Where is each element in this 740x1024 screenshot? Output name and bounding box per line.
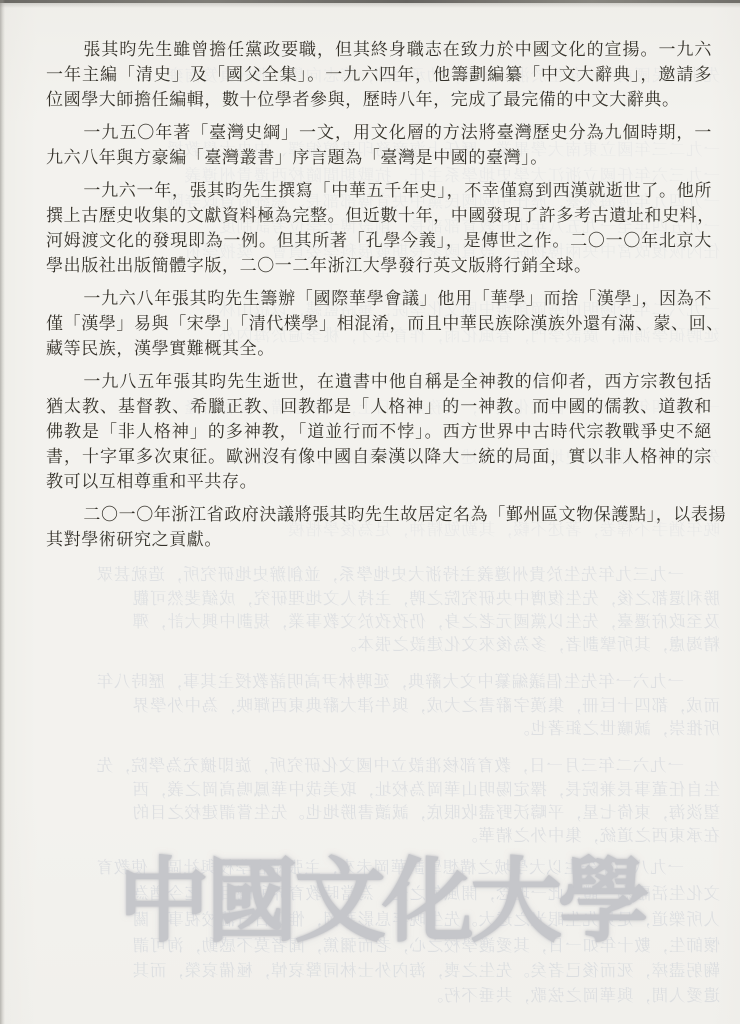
text-line: 其對學術研究之貢獻。 [46, 527, 712, 552]
document-body-text: 張其昀先生雖曾擔任黨政要職，但其終身職志在致力於中國文化的宣揚。一九六一年主編「… [46, 37, 712, 560]
text-line: 猶太教、基督教、希臘正教、回教都是「人格神」的一神教。而中國的儒教、道教和 [46, 394, 712, 419]
text-line: 教可以互相尊重和平共存。 [46, 469, 712, 494]
text-line: 九六八年與方豪編「臺灣叢書」序言題為「臺灣是中國的臺灣」。 [46, 145, 712, 170]
text-line: 僅「漢學」易與「宋學」「清代樸學」相混淆，而且中華民族除漢族外還有滿、蒙、回、 [46, 311, 712, 336]
scan-edge-left [0, 0, 5, 1024]
text-line: 撰上古歷史收集的文獻資料極為完整。但近數十年，中國發現了許多考古遺址和史料， [46, 203, 712, 228]
bleedthrough-line: 一九三九年先生於貴州遵義主持浙大史地學系，並創辦史地研究所，造就甚眾 [26, 565, 720, 585]
bleedthrough-line: 生自任董事長兼院長，擇定陽明山華岡為校址，取美哉中華鳳鳴高岡之義，西 [26, 780, 720, 800]
bleedthrough-line: 所推崇，誠曠世之鉅著也。 [26, 719, 720, 739]
paragraph-2: 一九五〇年著「臺灣史綱」一文，用文化層的方法將臺灣歷史分為九個時期，一九六八年與… [46, 120, 712, 170]
paragraph-1: 張其昀先生雖曾擔任黨政要職，但其終身職志在致力於中國文化的宣揚。一九六一年主編「… [46, 37, 712, 112]
university-watermark: 中國文化大學 [118, 852, 646, 952]
bleedthrough-line: 及至政府遷臺，先生以黨國元老之身，仍孜孜於文教事業，規劃中興大計，殫 [26, 612, 720, 632]
text-line: 書，十字軍多次東征。歐洲沒有像中國自秦漢以降大一統的局面，實以非人格神的宗 [46, 444, 712, 469]
bleedthrough-line: 鞠躬盡瘁，死而後已者矣。先生之喪，海內外士林同聲哀悼，極備哀榮，而其 [26, 961, 720, 981]
text-line: 一九六一年，張其昀先生撰寫「中華五千年史」，不幸僅寫到西漢就逝世了。他所 [46, 178, 712, 203]
text-line: 張其昀先生雖曾擔任黨政要職，但其終身職志在致力於中國文化的宣揚。一九六 [46, 37, 712, 62]
bleedthrough-line: 勝利還都之後，先生復膺中央研究院之聘，主持人文地理研究，成績斐然可觀 [26, 589, 720, 609]
paragraph-4: 一九六八年張其昀先生籌辦「國際華學會議」他用「華學」而捨「漢學」，因為不僅「漢學… [46, 286, 712, 361]
bleedthrough-line: 遺愛人間，與華岡之弦歌，共垂不朽。 [26, 986, 720, 1006]
text-line: 二〇一〇年浙江省政府決議將張其昀先生故居定名為「鄞州區文物保護點」，以表揚 [46, 502, 712, 527]
bleedthrough-line: 而成，都四十巨冊，集漢字辭書之大成，與牛津大辭典東西輝映，為中外學界 [26, 696, 720, 716]
text-line: 一九八五年張其昀先生逝世，在遺書中他自稱是全神教的信仰者，西方宗教包括 [46, 369, 712, 394]
paragraph-6: 二〇一〇年浙江省政府決議將張其昀先生故居定名為「鄞州區文物保護點」，以表揚其對學… [46, 502, 712, 552]
bleedthrough-line: 在承東西之道統，集中外之精華。 [26, 826, 720, 846]
text-line: 一九六八年張其昀先生籌辦「國際華學會議」他用「華學」而捨「漢學」，因為不 [46, 286, 712, 311]
bleedthrough-line: 望淡海，東倚七星，平疇沃野盡收眼底，誠讀書勝地也。先生嘗謂建校之目的 [26, 803, 720, 823]
text-line: 河姆渡文化的發現即為一例。但其所著「孔學今義」，是傳世之作。二〇一〇年北京大 [46, 228, 712, 253]
bleedthrough-line: 一九六二年三月一日，教育部核准設立中國文化研究所，旋即擴充為學院，先 [26, 756, 720, 776]
paragraph-5: 一九八五年張其昀先生逝世，在遺書中他自稱是全神教的信仰者，西方宗教包括猶太教、基… [46, 369, 712, 494]
text-line: 一年主編「清史」及「國父全集」。一九六四年，他籌劃編纂「中文大辭典」，邀請多 [46, 62, 712, 87]
text-line: 佛教是「非人格神」的多神教，「道並行而不悖」。西方世界中古時代宗教戰爭史不絕 [46, 419, 712, 444]
text-line: 一九五〇年著「臺灣史綱」一文，用文化層的方法將臺灣歷史分為九個時期，一 [46, 120, 712, 145]
text-line: 學出版社出版簡體字版，二〇一二年浙江大學發行英文版將行銷全球。 [46, 253, 712, 278]
scanned-document-page: 先生於民國前十一年生於浙江鄞縣，幼承庭訓，篤志向學，弱冠負笈南雍一九二三年國立東… [0, 0, 740, 1024]
text-line: 位國學大師擔任編輯，數十位學者參與，歷時八年，完成了最完備的中文大辭典。 [46, 87, 712, 112]
paragraph-3: 一九六一年，張其昀先生撰寫「中華五千年史」，不幸僅寫到西漢就逝世了。他所撰上古歷… [46, 178, 712, 278]
bleedthrough-line: 一九六一年先生倡議編纂中文大辭典，延聘林尹高明諸教授主其事，歷時八年 [26, 672, 720, 692]
bleedthrough-line: 精竭慮，其所擘劃者，多為後來文化建設之張本。 [26, 635, 720, 655]
text-line: 藏等民族，漢學實難概其全。 [46, 336, 712, 361]
scan-edge-top-shadow [0, 3, 740, 8]
